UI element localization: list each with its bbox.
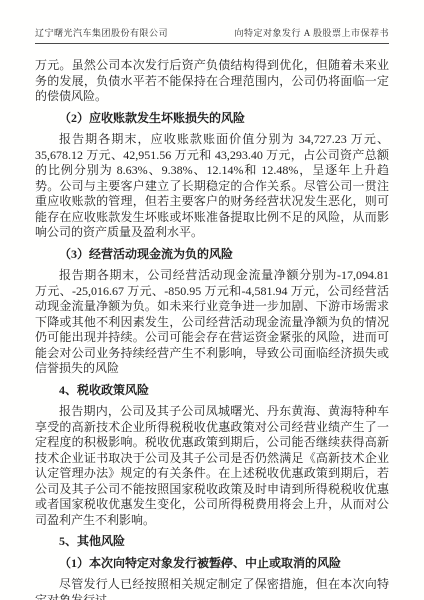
paragraph: 尽管发行人已经按照相关规定制定了保密措施，但在本次向特定对象发行过 <box>35 577 389 600</box>
document-page: 辽宁曙光汽车集团股份有限公司 向特定对象发行 A 股股票上市保荐书 万元。虽然公… <box>0 0 424 600</box>
paragraph: 报告期内，公司及其子公司凤城曙光、丹东黄海、黄海特种车享受的高新技术企业所得税税… <box>35 404 389 528</box>
section-heading: （3）经营活动现金流为负的风险 <box>35 247 389 263</box>
section-heading: 5、其他风险 <box>35 534 389 550</box>
page-header: 辽宁曙光汽车集团股份有限公司 向特定对象发行 A 股股票上市保荐书 <box>35 26 389 44</box>
header-document-title: 向特定对象发行 A 股股票上市保荐书 <box>234 26 389 39</box>
paragraph: 报告期各期末，应收账款账面价值分别为 34,727.23 万元、35,678.1… <box>35 132 389 241</box>
header-company-name: 辽宁曙光汽车集团股份有限公司 <box>35 26 168 39</box>
page-footer: 3-2-9 <box>0 560 424 570</box>
page-number: 3-2-9 <box>200 560 225 570</box>
paragraph: 万元。虽然公司本次发行后资产负债结构得到优化，但随着未来业务的发展，负债水平若不… <box>35 58 389 105</box>
document-body: 万元。虽然公司本次发行后资产负债结构得到优化，但随着未来业务的发展，负债水平若不… <box>0 44 424 600</box>
section-heading: （2）应收账款发生坏账损失的风险 <box>35 111 389 127</box>
section-heading: 4、税收政策风险 <box>35 383 389 399</box>
paragraph: 报告期各期末，公司经营活动现金流量净额分别为-17,094.81 万元、-25,… <box>35 268 389 377</box>
